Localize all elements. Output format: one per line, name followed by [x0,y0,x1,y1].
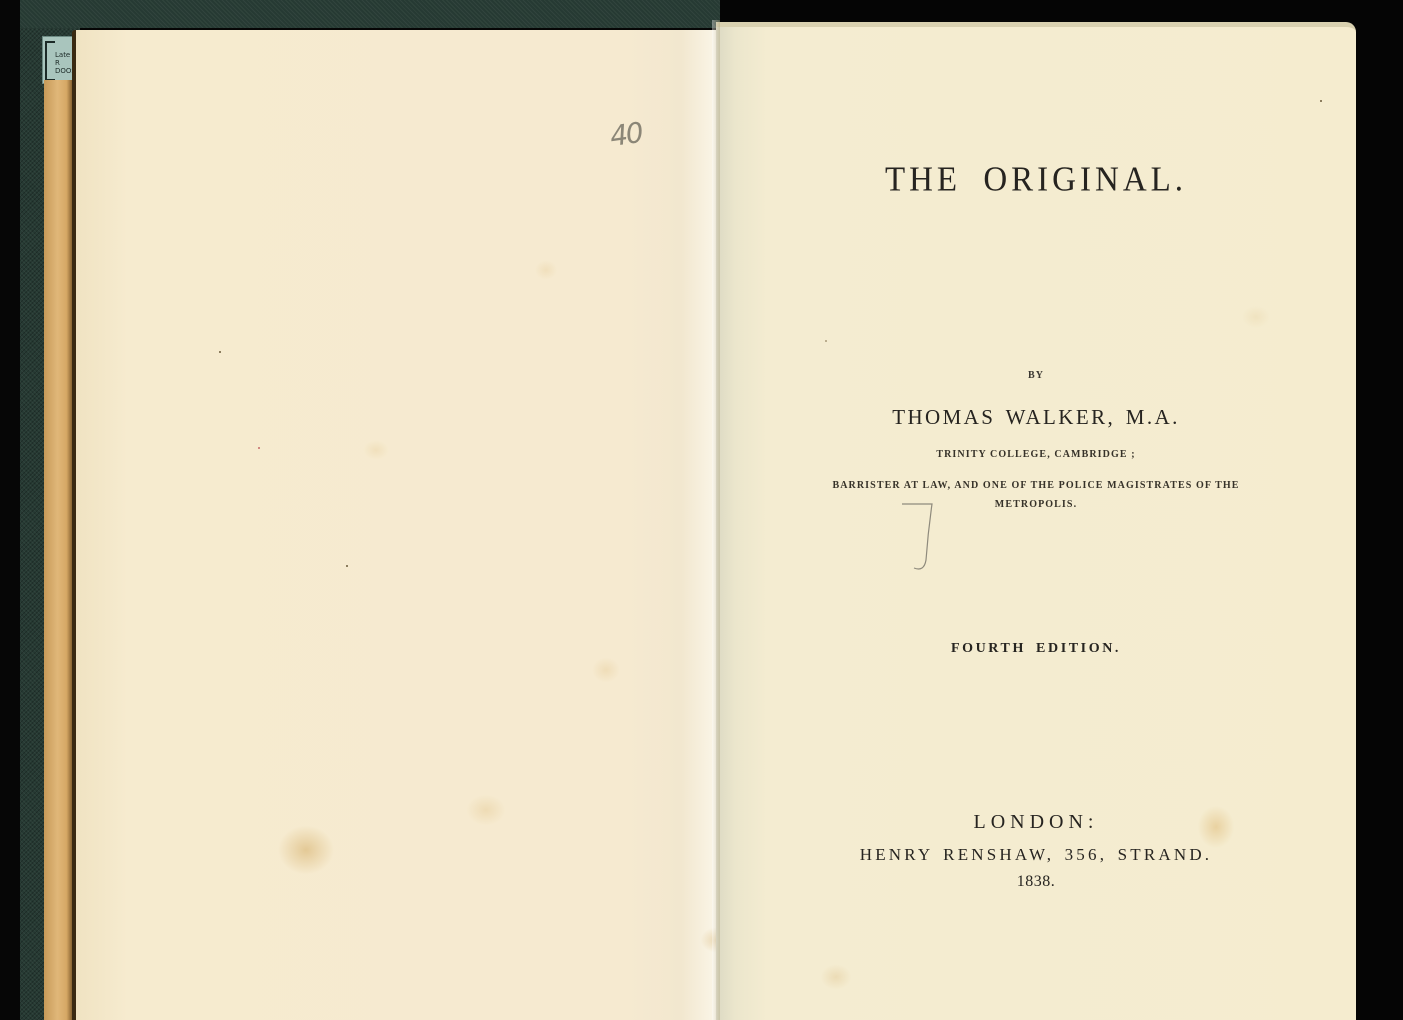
paper-speck [346,565,348,567]
scan-border [0,0,20,1020]
scan-border-right [1353,0,1403,1020]
author-affiliation: TRINITY COLLEGE, CAMBRIDGE ; [716,449,1356,460]
left-page-flyleaf [72,30,720,1020]
imprint-city: LONDON: [716,811,1356,834]
paper-speck [258,447,260,449]
cloth-cover-top [20,0,720,28]
author-description-line1: BARRISTER AT LAW, AND ONE OF THE POLICE … [716,480,1356,491]
author-name: THOMAS WALKER, M.A. [716,405,1356,430]
book-title: THE ORIGINAL. [716,161,1356,200]
bookplate-text-line1: Late R [55,51,70,67]
bookplate-frame-icon [45,41,55,81]
author-description-line2: METROPOLIS. [716,499,1356,510]
imprint-publisher: HENRY RENSHAW, 356, STRAND. [716,845,1356,865]
paper-speck [825,340,827,342]
edition-statement: FOURTH EDITION. [716,641,1356,657]
pencil-bracket-mark-icon [900,502,934,574]
paper-speck [1320,100,1322,102]
by-label: BY [716,370,1356,381]
bookplate-label: Late R DOOS [42,36,76,84]
endpaper-strip [44,80,74,1020]
imprint-year: 1838. [716,873,1356,891]
paper-speck [219,351,221,353]
pencil-annotation: 40 [608,116,644,153]
